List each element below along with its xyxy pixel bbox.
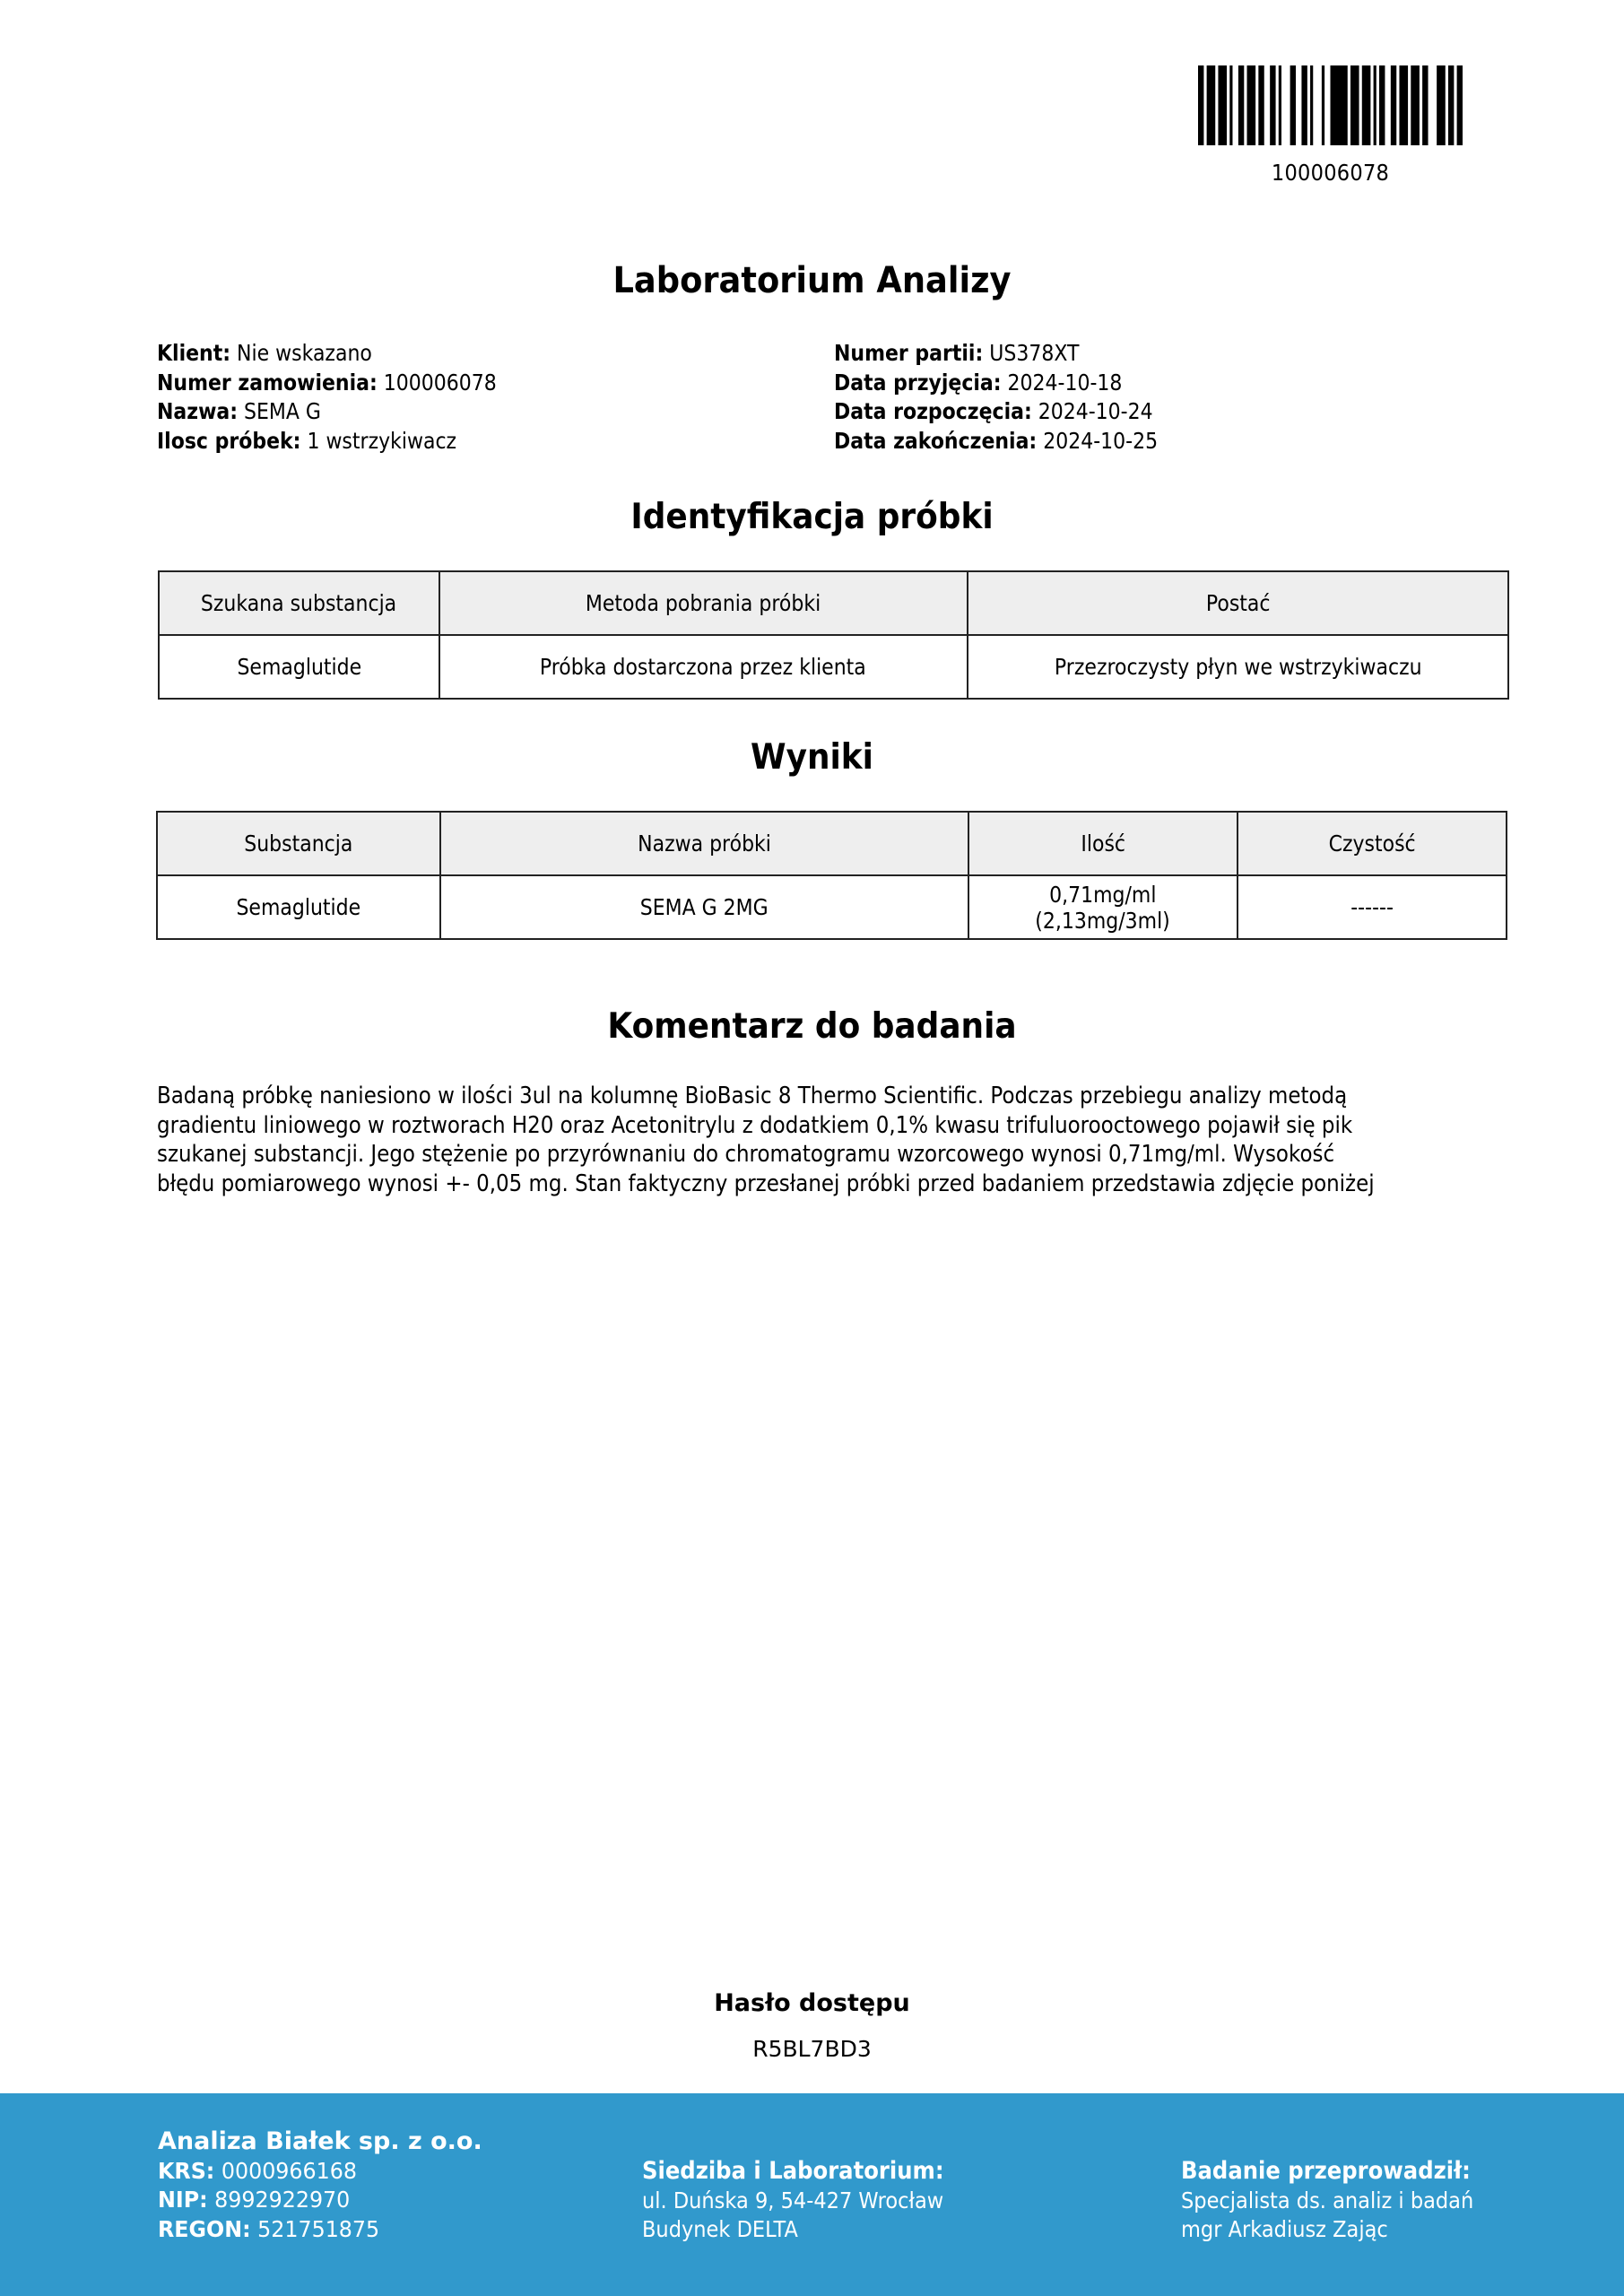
order-info-left: Klient: Nie wskazano Numer zamowienia: 1… — [157, 339, 543, 456]
analyst-line: Specjalista ds. analiz i badań — [1181, 2187, 1473, 2216]
sample-count-field: Ilosc próbek: 1 wstrzykiwacz — [157, 427, 497, 457]
analyst-line: mgr Arkadiusz Zając — [1181, 2215, 1473, 2245]
results-heading: Wyniki — [65, 737, 1559, 778]
field-value: SEMA G — [244, 398, 321, 424]
access-password-label: Hasło dostępu — [0, 1989, 1624, 2017]
table-header-row: Substancja Nazwa próbki Ilość Czystość — [157, 812, 1507, 875]
table-cell: Semaglutide — [159, 635, 439, 699]
field-label: NIP: — [158, 2187, 208, 2213]
column-header: Szukana substancja — [159, 571, 439, 635]
field-value: 100006078 — [384, 370, 497, 396]
comment-line: gradientu liniowego w roztworach H20 ora… — [157, 1111, 1610, 1141]
address-info: Siedziba i Laboratorium: ul. Duńska 9, 5… — [642, 2157, 977, 2245]
received-date-field: Data przyjęcia: 2024-10-18 — [834, 369, 1158, 398]
comment-heading: Komentarz do badania — [65, 1006, 1559, 1047]
purity-cell: ------ — [1238, 875, 1507, 939]
table-header-row: Szukana substancja Metoda pobrania próbk… — [159, 571, 1508, 635]
field-label: Data rozpoczęcia: — [834, 398, 1032, 424]
field-label: Numer partii: — [834, 340, 983, 366]
address-line: ul. Duńska 9, 54-427 Wrocław — [642, 2187, 944, 2216]
column-header: Metoda pobrania próbki — [439, 571, 968, 635]
field-label: Nazwa: — [157, 398, 238, 424]
field-label: Numer zamowienia: — [157, 370, 378, 396]
identification-table: Szukana substancja Metoda pobrania próbk… — [158, 570, 1509, 700]
barcode-icon — [1198, 65, 1463, 145]
field-value: 2024-10-25 — [1043, 428, 1158, 454]
company-name: Analiza Białek sp. z o.o. — [158, 2127, 482, 2157]
amount-cell: 0,71mg/ml (2,13mg/3ml) — [968, 875, 1238, 939]
column-header: Postać — [968, 571, 1508, 635]
regon-field: REGON: 521751875 — [158, 2215, 466, 2245]
end-date-field: Data zakończenia: 2024-10-25 — [834, 427, 1158, 457]
column-header: Substancja — [157, 812, 440, 875]
address-heading: Siedziba i Laboratorium: — [642, 2157, 944, 2187]
start-date-field: Data rozpoczęcia: 2024-10-24 — [834, 397, 1158, 427]
comment-line: błędu pomiarowego wynosi +- 0,05 mg. Sta… — [157, 1170, 1610, 1199]
table-row: Semaglutide Próbka dostarczona przez kli… — [159, 635, 1508, 699]
analyst-heading: Badanie przeprowadził: — [1181, 2157, 1473, 2187]
column-header: Nazwa próbki — [440, 812, 968, 875]
field-label: Data zakończenia: — [834, 428, 1037, 454]
access-password-value: R5BL7BD3 — [0, 2036, 1624, 2062]
substance-cell: Semaglutide — [157, 875, 440, 939]
column-header: Ilość — [968, 812, 1238, 875]
table-cell: Próbka dostarczona przez klienta — [439, 635, 968, 699]
field-value: 521751875 — [257, 2216, 379, 2242]
barcode: 100006078 — [1198, 65, 1463, 186]
table-row: Semaglutide SEMA G 2MG 0,71mg/ml (2,13mg… — [157, 875, 1507, 939]
field-label: KRS: — [158, 2158, 214, 2184]
comment-line: szukanej substancji. Jego stężenie po pr… — [157, 1140, 1610, 1170]
krs-field: KRS: 0000966168 — [158, 2157, 466, 2187]
footer: Analiza Białek sp. z o.o. KRS: 000096616… — [0, 2093, 1624, 2296]
field-value: 2024-10-24 — [1038, 398, 1153, 424]
analyst-info: Badanie przeprowadził: Specjalista ds. a… — [1181, 2157, 1506, 2245]
name-field: Nazwa: SEMA G — [157, 397, 497, 427]
field-value: 2024-10-18 — [1008, 370, 1123, 396]
page-title: Laboratorium Analizy — [65, 260, 1559, 301]
company-info: Analiza Białek sp. z o.o. KRS: 000096616… — [158, 2127, 482, 2244]
field-label: Klient: — [157, 340, 230, 366]
batch-number-field: Numer partii: US378XT — [834, 339, 1158, 369]
order-number-field: Numer zamowienia: 100006078 — [157, 369, 497, 398]
field-label: Data przyjęcia: — [834, 370, 1002, 396]
nip-field: NIP: 8992922970 — [158, 2186, 466, 2215]
results-table: Substancja Nazwa próbki Ilość Czystość S… — [156, 811, 1507, 940]
table-cell: Przezroczysty płyn we wstrzykiwaczu — [968, 635, 1508, 699]
field-label: REGON: — [158, 2216, 251, 2242]
field-value: Nie wskazano — [237, 340, 372, 366]
comment-line: Badaną próbkę naniesiono w ilości 3ul na… — [157, 1082, 1610, 1111]
client-field: Klient: Nie wskazano — [157, 339, 497, 369]
field-value: 8992922970 — [214, 2187, 350, 2213]
comment-body: Badaną próbkę naniesiono w ilości 3ul na… — [157, 1082, 1624, 1198]
address-line: Budynek DELTA — [642, 2215, 944, 2245]
field-value: 0000966168 — [221, 2158, 357, 2184]
sample-name-cell: SEMA G 2MG — [440, 875, 968, 939]
column-header: Czystość — [1238, 812, 1507, 875]
order-info-right: Numer partii: US378XT Data przyjęcia: 20… — [834, 339, 1202, 456]
field-label: Ilosc próbek: — [157, 428, 300, 454]
field-value: 1 wstrzykiwacz — [307, 428, 456, 454]
field-value: US378XT — [989, 340, 1079, 366]
identification-heading: Identyfikacja próbki — [65, 497, 1559, 537]
barcode-number: 100006078 — [1211, 160, 1450, 186]
